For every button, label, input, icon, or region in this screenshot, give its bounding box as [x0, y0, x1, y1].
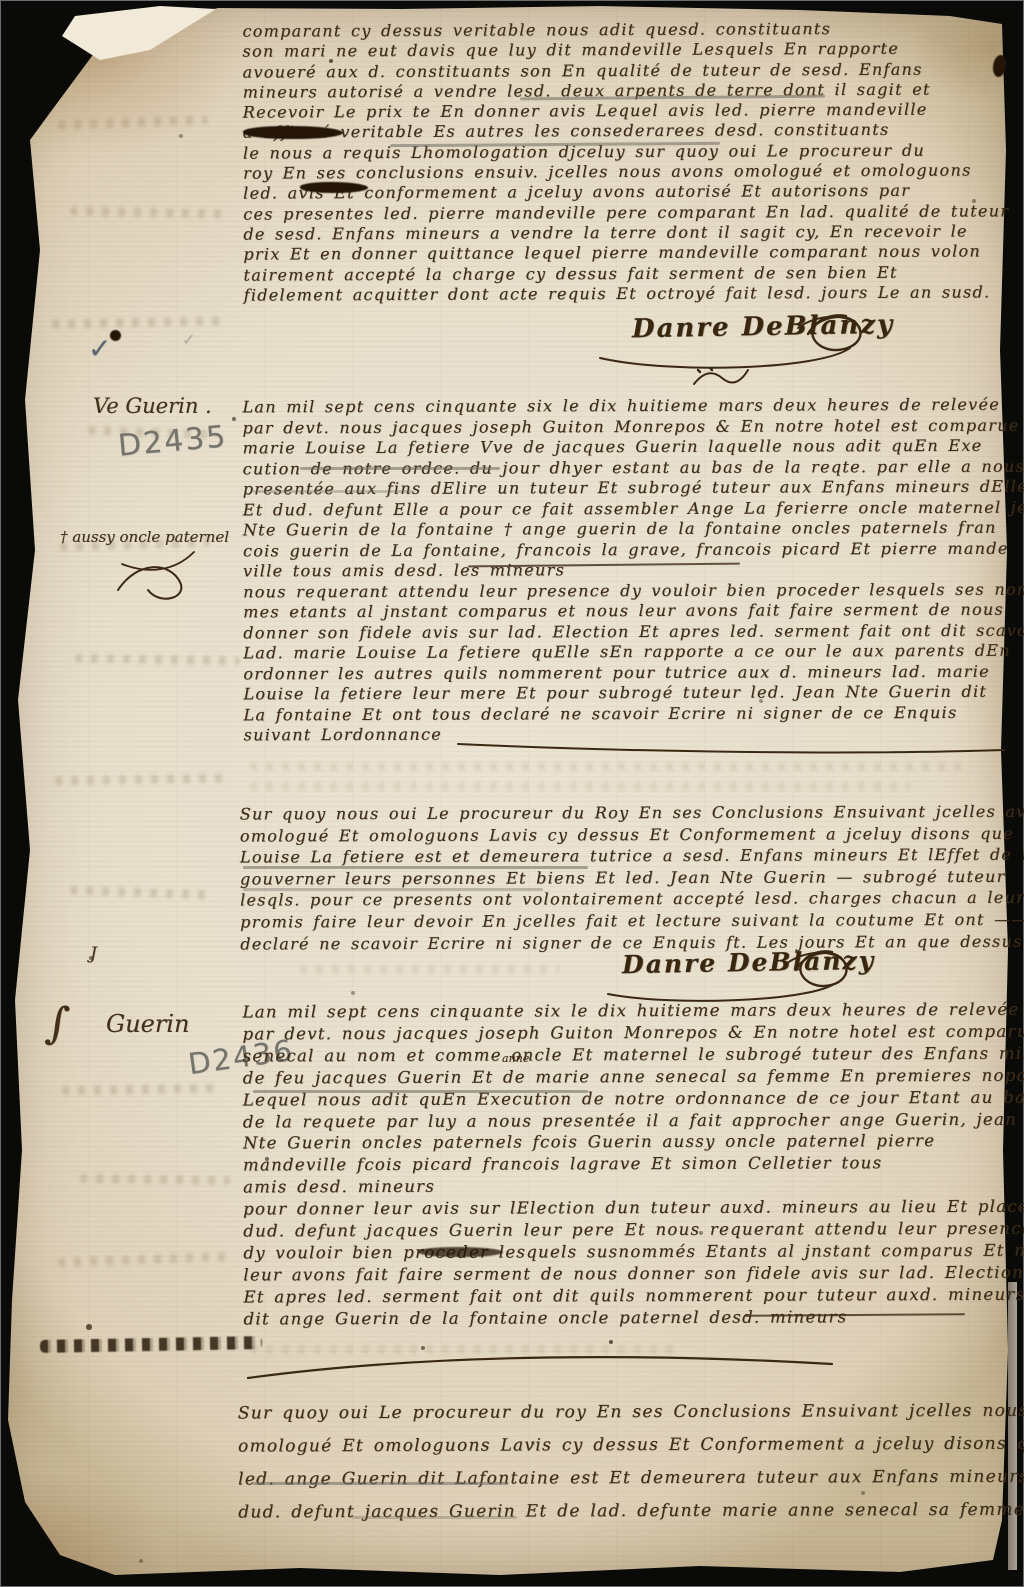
- manuscript-line: Lad. marie Louise La fetiere quElle sEn …: [243, 641, 1024, 664]
- pencil-underline: [243, 866, 588, 869]
- manuscript-line: par devt. nous jacques joseph Guiton Mon…: [242, 415, 1024, 438]
- section-separator-line: [240, 1346, 840, 1386]
- ink-strikeout: [243, 126, 343, 139]
- manuscript-line: pour donner leur avis sur lElection dun …: [243, 1196, 1024, 1221]
- manuscript-line: Sur quoy nous oui Le procureur du Roy En…: [240, 800, 1024, 825]
- pencil-underline: [253, 490, 413, 493]
- manuscript-line: presentée aux fins dElire un tuteur Et s…: [243, 477, 1024, 500]
- manuscript-line: de feu jacques Guerin Et de marie anne s…: [243, 1064, 1024, 1089]
- manuscript-line: La fontaine Et ont tous declaré ne scavo…: [243, 702, 1024, 725]
- pencil-underline: [253, 1090, 588, 1093]
- check-mark-faint: ✓: [182, 330, 197, 349]
- scanned-manuscript-page: comparant cy dessus veritable nous adit …: [0, 0, 1024, 1587]
- manuscript-line: Recevoir Le prix te En donner avis Leque…: [243, 100, 1009, 124]
- manuscript-line: dud. defunt jacques Guerin leur pere Et …: [243, 1218, 1024, 1243]
- manuscript-line: Lan mil sept cens cinquante six le dix h…: [242, 999, 1024, 1024]
- manuscript-line: ville tous amis desd. les mineurs: [243, 559, 1024, 582]
- manuscript-line: ordonner les autres quils nommerent pour…: [243, 661, 1024, 684]
- ink-strikeout: [418, 1247, 503, 1257]
- interline-superscript: anne: [502, 1052, 529, 1065]
- bleed-through-ghost: [300, 965, 560, 974]
- manuscript-line: son mari ne eut davis que luy dit mandev…: [242, 39, 1008, 63]
- pencil-underline: [253, 1482, 508, 1485]
- margin-note-oncle-paternel: † aussy oncle paternel: [60, 528, 229, 546]
- signature-flourish-tail: [688, 362, 758, 392]
- manuscript-line: omologué Et omologuons Lavis cy dessus E…: [238, 1428, 1024, 1464]
- manuscript-line: Sur quoy oui Le procureur du roy En ses …: [238, 1395, 1024, 1431]
- manuscript-line: Nte Guerin de la fontaine † ange guerin …: [243, 518, 1024, 541]
- manuscript-line: mandeville fcois picard francois lagrave…: [243, 1152, 1024, 1177]
- manuscript-line: omologué Et omologuons Lavis cy dessus E…: [240, 822, 1024, 847]
- manuscript-line: senecal au nom et comme oncle Et materne…: [243, 1042, 1024, 1067]
- act-guerin-d2436-homologation: Sur quoy oui Le procureur du roy En ses …: [238, 1395, 1024, 1530]
- bleed-through-ghost: [250, 762, 970, 771]
- manuscript-line: led. ange Guerin dit Lafontaine est Et d…: [238, 1461, 1024, 1497]
- pencil-underline: [300, 467, 500, 470]
- pencil-underline: [352, 1516, 517, 1519]
- manuscript-line: leur avons fait faire serment de nous do…: [243, 1261, 1024, 1286]
- act-guerin-d2436-text: Lan mil sept cens cinquante six le dix h…: [242, 999, 1024, 1331]
- manuscript-line: Louise La fetiere est et demeurera tutri…: [240, 844, 1024, 869]
- act-mandeville-conclusion-text: comparant cy dessus veritable nous adit …: [242, 18, 1009, 305]
- manuscript-line: par devt. nous jacques joseph Guiton Mon…: [243, 1020, 1024, 1045]
- signature-paraph: [790, 296, 930, 396]
- manuscript-line: Lan mil sept cens cinquante six le dix h…: [242, 395, 1024, 418]
- act-guerin-d2435-text: Lan mil sept cens cinquante six le dix h…: [242, 395, 1024, 746]
- margin-j-mark: J: [90, 944, 97, 964]
- margin-name-act2: Ve Guerin .: [93, 394, 212, 418]
- manuscript-line: nous requerant attendu leur presence dy …: [243, 579, 1024, 602]
- pencil-underline: [243, 888, 543, 891]
- manuscript-line: Nte Guerin oncles paternels fcois Guerin…: [243, 1130, 1024, 1155]
- ink-dot: [110, 330, 121, 341]
- manuscript-line: amis desd. mineurs: [243, 1174, 1024, 1199]
- margin-name-act3: Guerin: [106, 1010, 189, 1038]
- margin-note-paraph: [108, 548, 208, 604]
- manuscript-line: Et apres led. serment fait ont dit quils…: [243, 1283, 1024, 1308]
- manuscript-line: mes etants al jnstant comparus et nous l…: [243, 600, 1024, 623]
- manuscript-line: cois guerin de La fontaine, francois la …: [243, 538, 1024, 561]
- manuscript-line: Louise la fetiere leur mere Et pour subr…: [243, 682, 1024, 705]
- manuscript-line: de la requete par luy a nous presentée i…: [243, 1108, 1024, 1133]
- manuscript-line: dit ange Guerin de la fontaine oncle pat…: [243, 1305, 1024, 1330]
- bleed-through-ghost: [250, 782, 910, 791]
- manuscript-line: Et dud. defunt Elle a pour ce fait assem…: [243, 497, 1024, 520]
- ink-rule-curve: [452, 734, 1012, 758]
- ink-speckles: [0, 0, 2, 2]
- manuscript-line: dud. defunt jacques Guerin Et de lad. de…: [238, 1494, 1024, 1530]
- ink-strikeout: [300, 182, 368, 193]
- manuscript-line: marie Louise La fetiere Vve de jacques G…: [243, 436, 1024, 459]
- manuscript-line: dy vouloir bien proceder lesquels susnom…: [243, 1239, 1024, 1264]
- manuscript-line: prix Et en donner quittance lequel pierr…: [243, 242, 1009, 266]
- manuscript-line: donner son fidele avis sur lad. Election…: [243, 620, 1024, 643]
